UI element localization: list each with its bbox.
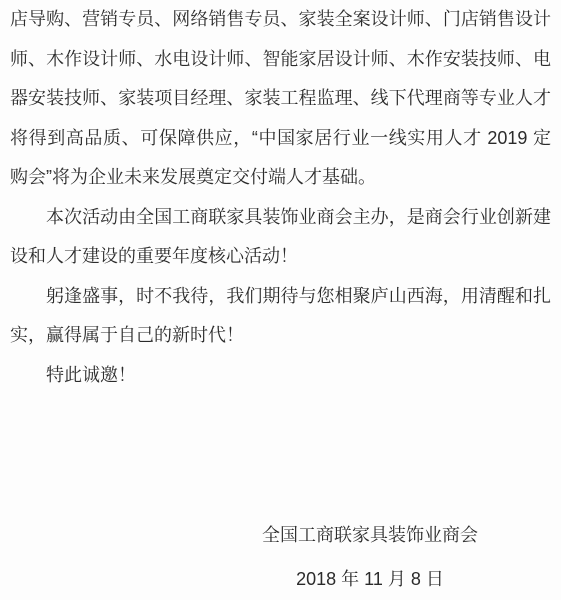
body-line: 师、木作设计师、水电设计师、智能家居设计师、木作安装技师、电 [10, 40, 551, 80]
document-page: 店导购、营销专员、网络销售专员、家装全案设计师、门店销售设计 师、木作设计师、水… [0, 0, 561, 600]
body-line: 特此诚邀！ [10, 356, 551, 396]
body-line: 店导购、营销专员、网络销售专员、家装全案设计师、门店销售设计 [10, 0, 551, 40]
body-line: 躬逢盛事，时不我待，我们期待与您相聚庐山西海，用清醒和扎 [10, 277, 551, 317]
body-line: 器安装技师、家装项目经理、家装工程监理、线下代理商等专业人才 [10, 79, 551, 119]
letter-footer: 全国工商联家具装饰业商会 2018 年 11 月 8 日 [189, 516, 551, 599]
date-line: 2018 年 11 月 8 日 [189, 560, 551, 600]
body-line: 购会”将为企业未来发展奠定交付端人才基础。 [10, 158, 551, 198]
signature-line: 全国工商联家具装饰业商会 [189, 516, 551, 556]
body-line: 本次活动由全国工商联家具装饰业商会主办，是商会行业创新建 [10, 198, 551, 238]
body-line: 实，赢得属于自己的新时代！ [10, 316, 551, 356]
body-line: 设和人才建设的重要年度核心活动！ [10, 237, 551, 277]
body-line: 将得到高品质、可保障供应，“中国家居行业一线实用人才 2019 定 [10, 119, 551, 159]
